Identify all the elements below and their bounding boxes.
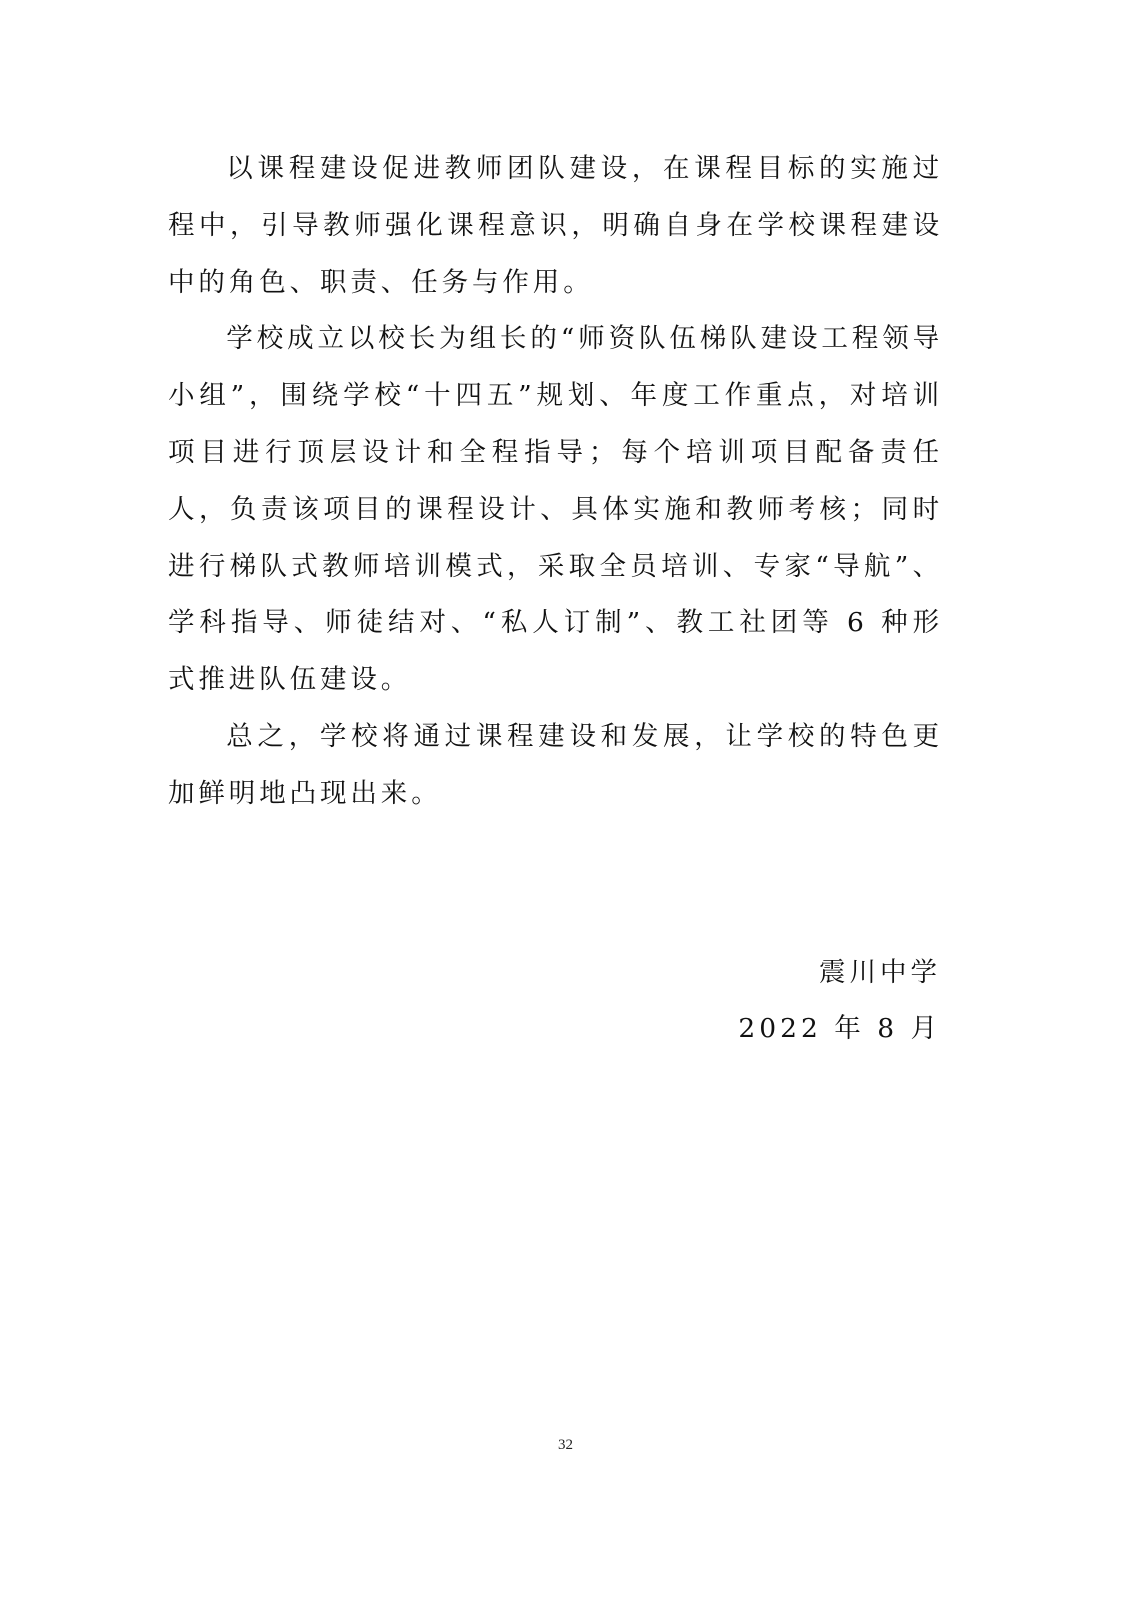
paragraph-course-team-building: 以课程建设促进教师团队建设，在课程目标的实施过程中，引导教师强化课程意识，明确自… [168,141,943,311]
body-text: 以课程建设促进教师团队建设，在课程目标的实施过程中，引导教师强化课程意识，明确自… [168,141,943,823]
signature-date: 2022 年 8 月 [738,1001,941,1057]
paragraph-conclusion: 总之，学校将通过课程建设和发展，让学校的特色更加鲜明地凸现出来。 [168,709,943,823]
paragraph-leadership-group: 学校成立以校长为组长的“师资队伍梯队建设工程领导小组”，围绕学校“十四五”规划、… [168,311,943,709]
signature-organization: 震川中学 [738,945,941,1001]
signature-block: 震川中学 2022 年 8 月 [738,945,941,1057]
page-number: 32 [0,1437,1131,1454]
document-page: 以课程建设促进教师团队建设，在课程目标的实施过程中，引导教师强化课程意识，明确自… [0,0,1131,1600]
